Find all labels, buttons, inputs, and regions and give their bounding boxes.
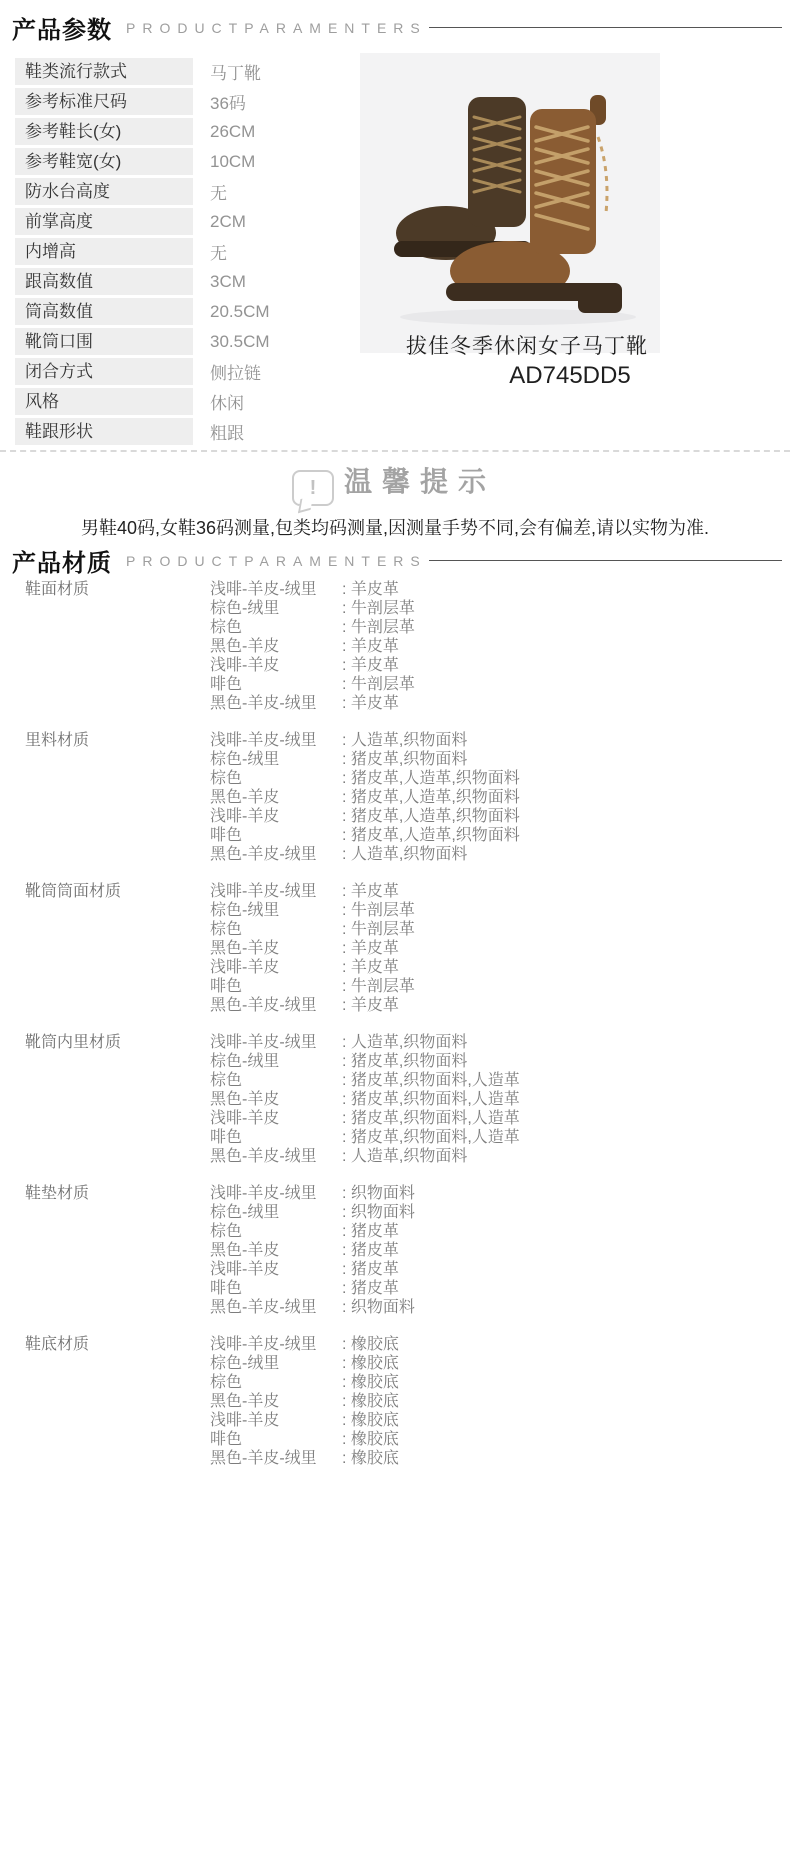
left-boot-dark — [394, 97, 532, 260]
material-variant-key: 棕色-绒里 — [210, 1354, 342, 1373]
material-value: : 猪皮革,织物面料 — [342, 1052, 467, 1071]
material-line: 黑色-羊皮 : 羊皮革 — [210, 939, 775, 958]
material-variant-key: 黑色-羊皮 — [210, 1392, 342, 1411]
material-line: 浅啡-羊皮-绒里 : 人造革,织物面料 — [210, 1033, 775, 1052]
material-block: 鞋垫材质 浅啡-羊皮-绒里 : 织物面料 棕色-绒里 : 织物面料 棕色 : 猪… — [25, 1184, 775, 1317]
header-rule — [429, 27, 782, 28]
material-lines: 浅啡-羊皮-绒里 : 羊皮革 棕色-绒里 : 牛剖层革 棕色 : 牛剖层革 黑色… — [210, 580, 775, 713]
boots-illustration — [370, 81, 650, 331]
material-variant-key: 浅啡-羊皮 — [210, 958, 342, 977]
material-value: : 猪皮革,织物面料,人造革 — [342, 1128, 520, 1147]
material-value: : 羊皮革 — [342, 656, 399, 675]
spec-label: 闭合方式 — [15, 358, 193, 385]
spec-label: 防水台高度 — [15, 178, 193, 205]
material-lines: 浅啡-羊皮-绒里 : 人造革,织物面料 棕色-绒里 : 猪皮革,织物面料 棕色 … — [210, 731, 775, 864]
material-variant-key: 啡色 — [210, 1128, 342, 1147]
spec-value: 3CM — [210, 272, 246, 292]
material-block: 鞋底材质 浅啡-羊皮-绒里 : 橡胶底 棕色-绒里 : 橡胶底 棕色 : 橡胶底… — [25, 1335, 775, 1468]
material-value: : 猪皮革,织物面料,人造革 — [342, 1090, 520, 1109]
material-value: : 橡胶底 — [342, 1373, 399, 1392]
material-variant-key: 浅啡-羊皮 — [210, 1260, 342, 1279]
spec-value: 无 — [210, 179, 227, 204]
material-line: 棕色 : 牛剖层革 — [210, 618, 775, 637]
material-lines: 浅啡-羊皮-绒里 : 人造革,织物面料 棕色-绒里 : 猪皮革,织物面料 棕色 … — [210, 1033, 775, 1166]
material-value: : 牛剖层革 — [342, 920, 415, 939]
material-variant-key: 浅啡-羊皮-绒里 — [210, 1033, 342, 1052]
spec-value: 26CM — [210, 122, 255, 142]
material-line: 黑色-羊皮-绒里 : 橡胶底 — [210, 1449, 775, 1468]
product-image — [360, 53, 660, 353]
material-value: : 人造革,织物面料 — [342, 1033, 467, 1052]
material-variant-key: 黑色-羊皮-绒里 — [210, 1147, 342, 1166]
material-value: : 牛剖层革 — [342, 675, 415, 694]
material-variant-key: 棕色-绒里 — [210, 750, 342, 769]
material-line: 啡色 : 猪皮革,人造革,织物面料 — [210, 826, 775, 845]
material-block: 里料材质 浅啡-羊皮-绒里 : 人造革,织物面料 棕色-绒里 : 猪皮革,织物面… — [25, 731, 775, 864]
material-variant-key: 黑色-羊皮 — [210, 939, 342, 958]
spec-label: 靴筒口围 — [15, 328, 193, 355]
material-value: : 人造革,织物面料 — [342, 731, 467, 750]
material-variant-key: 啡色 — [210, 1430, 342, 1449]
material-line: 啡色 : 猪皮革 — [210, 1279, 775, 1298]
material-line: 黑色-羊皮-绒里 : 羊皮革 — [210, 996, 775, 1015]
spec-label: 筒高数值 — [15, 298, 193, 325]
material-line: 棕色-绒里 : 牛剖层革 — [210, 901, 775, 920]
material-variant-key: 黑色-羊皮 — [210, 788, 342, 807]
material-line: 黑色-羊皮 : 猪皮革,人造革,织物面料 — [210, 788, 775, 807]
material-value: : 猪皮革,织物面料,人造革 — [342, 1109, 520, 1128]
material-value: : 猪皮革,人造革,织物面料 — [342, 807, 520, 826]
product-caption: 拔佳冬季休闲女子马丁靴 — [360, 330, 694, 360]
material-variant-key: 棕色 — [210, 1071, 342, 1090]
material-line: 棕色-绒里 : 猪皮革,织物面料 — [210, 1052, 775, 1071]
spec-value: 休闲 — [210, 389, 244, 414]
material-variant-key: 棕色 — [210, 769, 342, 788]
material-value: : 橡胶底 — [342, 1449, 399, 1468]
material-variant-key: 浅啡-羊皮 — [210, 656, 342, 675]
material-value: : 橡胶底 — [342, 1392, 399, 1411]
spec-value: 2CM — [210, 212, 246, 232]
table-row: 鞋跟形状 粗跟 — [15, 418, 455, 445]
spec-value: 侧拉链 — [210, 359, 261, 384]
material-line: 棕色-绒里 : 猪皮革,织物面料 — [210, 750, 775, 769]
product-code: AD745DD5 — [460, 362, 680, 390]
material-line: 棕色 : 猪皮革 — [210, 1222, 775, 1241]
material-label: 里料材质 — [25, 731, 210, 864]
material-variant-key: 黑色-羊皮-绒里 — [210, 694, 342, 713]
material-variant-key: 黑色-羊皮 — [210, 1090, 342, 1109]
exclamation-bubble-icon: ! — [292, 470, 334, 506]
spec-value: 马丁靴 — [210, 59, 261, 84]
spec-label: 鞋类流行款式 — [15, 58, 193, 85]
material-line: 黑色-羊皮 : 猪皮革 — [210, 1241, 775, 1260]
tips-title: 温馨提示 — [344, 460, 496, 500]
spec-label: 鞋跟形状 — [15, 418, 193, 445]
material-value: : 猪皮革 — [342, 1260, 399, 1279]
material-variant-key: 浅啡-羊皮-绒里 — [210, 580, 342, 599]
section-subtitle-materials: PRODUCTPARAMENTERS — [126, 553, 427, 569]
material-variant-key: 黑色-羊皮-绒里 — [210, 996, 342, 1015]
material-line: 啡色 : 猪皮革,织物面料,人造革 — [210, 1128, 775, 1147]
material-variant-key: 啡色 — [210, 675, 342, 694]
material-variant-key: 棕色-绒里 — [210, 901, 342, 920]
material-lines: 浅啡-羊皮-绒里 : 橡胶底 棕色-绒里 : 橡胶底 棕色 : 橡胶底 黑色-羊… — [210, 1335, 775, 1468]
material-line: 啡色 : 牛剖层革 — [210, 977, 775, 996]
material-line: 黑色-羊皮 : 羊皮革 — [210, 637, 775, 656]
material-line: 黑色-羊皮 : 猪皮革,织物面料,人造革 — [210, 1090, 775, 1109]
material-line: 黑色-羊皮 : 橡胶底 — [210, 1392, 775, 1411]
material-line: 浅啡-羊皮 : 猪皮革 — [210, 1260, 775, 1279]
material-value: : 织物面料 — [342, 1184, 415, 1203]
tips-section: ! 温馨提示 男鞋40码,女鞋36码测量,包类均码测量,因测量手势不同,会有偏差… — [0, 450, 790, 547]
material-value: : 人造革,织物面料 — [342, 1147, 467, 1166]
material-label: 鞋面材质 — [25, 580, 210, 713]
spec-label: 参考鞋宽(女) — [15, 148, 193, 175]
material-variant-key: 棕色 — [210, 618, 342, 637]
material-value: : 猪皮革,织物面料,人造革 — [342, 1071, 520, 1090]
section-title-params: 产品参数 — [12, 10, 112, 45]
material-variant-key: 黑色-羊皮 — [210, 637, 342, 656]
spec-label: 风格 — [15, 388, 193, 415]
spec-value: 无 — [210, 239, 227, 264]
material-line: 浅啡-羊皮-绒里 : 羊皮革 — [210, 580, 775, 599]
material-value: : 猪皮革,人造革,织物面料 — [342, 826, 520, 845]
material-line: 浅啡-羊皮-绒里 : 织物面料 — [210, 1184, 775, 1203]
section-title-materials: 产品材质 — [12, 543, 112, 578]
material-value: : 人造革,织物面料 — [342, 845, 467, 864]
spec-value: 30.5CM — [210, 332, 270, 352]
materials-list: 鞋面材质 浅啡-羊皮-绒里 : 羊皮革 棕色-绒里 : 牛剖层革 棕色 : 牛剖… — [25, 580, 775, 1486]
material-variant-key: 黑色-羊皮 — [210, 1241, 342, 1260]
material-value: : 牛剖层革 — [342, 618, 415, 637]
material-variant-key: 浅啡-羊皮 — [210, 1109, 342, 1128]
material-line: 啡色 : 牛剖层革 — [210, 675, 775, 694]
material-value: : 橡胶底 — [342, 1335, 399, 1354]
spec-label: 参考标准尺码 — [15, 88, 193, 115]
material-block: 靴筒筒面材质 浅啡-羊皮-绒里 : 羊皮革 棕色-绒里 : 牛剖层革 棕色 : … — [25, 882, 775, 1015]
material-value: : 羊皮革 — [342, 580, 399, 599]
material-value: : 猪皮革,人造革,织物面料 — [342, 788, 520, 807]
material-label: 鞋垫材质 — [25, 1184, 210, 1317]
material-label: 靴筒内里材质 — [25, 1033, 210, 1166]
product-detail-page: 产品参数 PRODUCTPARAMENTERS 鞋类流行款式 马丁靴 参考标准尺… — [0, 0, 790, 1870]
material-lines: 浅啡-羊皮-绒里 : 羊皮革 棕色-绒里 : 牛剖层革 棕色 : 牛剖层革 黑色… — [210, 882, 775, 1015]
material-variant-key: 棕色-绒里 — [210, 1203, 342, 1222]
material-variant-key: 棕色 — [210, 920, 342, 939]
table-row: 闭合方式 侧拉链 — [15, 358, 455, 385]
material-block: 鞋面材质 浅啡-羊皮-绒里 : 羊皮革 棕色-绒里 : 牛剖层革 棕色 : 牛剖… — [25, 580, 775, 713]
table-row: 风格 休闲 — [15, 388, 455, 415]
tips-note: 男鞋40码,女鞋36码测量,包类均码测量,因测量手势不同,会有偏差,请以实物为准… — [0, 514, 790, 540]
material-value: : 羊皮革 — [342, 637, 399, 656]
spec-value: 10CM — [210, 152, 255, 172]
material-value: : 橡胶底 — [342, 1354, 399, 1373]
material-line: 浅啡-羊皮 : 羊皮革 — [210, 656, 775, 675]
material-line: 啡色 : 橡胶底 — [210, 1430, 775, 1449]
material-variant-key: 棕色-绒里 — [210, 599, 342, 618]
material-value: : 织物面料 — [342, 1298, 415, 1317]
material-value: : 羊皮革 — [342, 939, 399, 958]
material-line: 浅啡-羊皮 : 猪皮革,织物面料,人造革 — [210, 1109, 775, 1128]
material-variant-key: 棕色 — [210, 1222, 342, 1241]
material-line: 棕色 : 猪皮革,人造革,织物面料 — [210, 769, 775, 788]
material-value: : 羊皮革 — [342, 996, 399, 1015]
spec-label: 内增高 — [15, 238, 193, 265]
material-value: : 牛剖层革 — [342, 901, 415, 920]
material-variant-key: 棕色 — [210, 1373, 342, 1392]
material-variant-key: 浅啡-羊皮-绒里 — [210, 1335, 342, 1354]
material-value: : 牛剖层革 — [342, 599, 415, 618]
material-value: : 猪皮革,织物面料 — [342, 750, 467, 769]
material-value: : 羊皮革 — [342, 694, 399, 713]
material-label: 靴筒筒面材质 — [25, 882, 210, 1015]
material-line: 黑色-羊皮-绒里 : 羊皮革 — [210, 694, 775, 713]
material-line: 棕色 : 牛剖层革 — [210, 920, 775, 939]
spec-value: 粗跟 — [210, 419, 244, 444]
spec-label: 前掌高度 — [15, 208, 193, 235]
header-rule — [429, 560, 782, 561]
material-variant-key: 黑色-羊皮-绒里 — [210, 1298, 342, 1317]
material-value: : 橡胶底 — [342, 1430, 399, 1449]
material-line: 黑色-羊皮-绒里 : 人造革,织物面料 — [210, 1147, 775, 1166]
material-line: 棕色 : 猪皮革,织物面料,人造革 — [210, 1071, 775, 1090]
material-line: 黑色-羊皮-绒里 : 织物面料 — [210, 1298, 775, 1317]
material-line: 黑色-羊皮-绒里 : 人造革,织物面料 — [210, 845, 775, 864]
material-line: 浅啡-羊皮-绒里 : 橡胶底 — [210, 1335, 775, 1354]
material-variant-key: 黑色-羊皮-绒里 — [210, 1449, 342, 1468]
spec-label: 跟高数值 — [15, 268, 193, 295]
material-line: 浅啡-羊皮-绒里 : 人造革,织物面料 — [210, 731, 775, 750]
material-variant-key: 棕色-绒里 — [210, 1052, 342, 1071]
material-value: : 猪皮革 — [342, 1222, 399, 1241]
material-line: 棕色-绒里 : 织物面料 — [210, 1203, 775, 1222]
material-block: 靴筒内里材质 浅啡-羊皮-绒里 : 人造革,织物面料 棕色-绒里 : 猪皮革,织… — [25, 1033, 775, 1166]
material-line: 棕色-绒里 : 橡胶底 — [210, 1354, 775, 1373]
material-value: : 织物面料 — [342, 1203, 415, 1222]
material-line: 浅啡-羊皮 : 橡胶底 — [210, 1411, 775, 1430]
material-variant-key: 啡色 — [210, 826, 342, 845]
material-variant-key: 浅啡-羊皮-绒里 — [210, 1184, 342, 1203]
material-variant-key: 浅啡-羊皮 — [210, 807, 342, 826]
material-value: : 猪皮革 — [342, 1279, 399, 1298]
material-variant-key: 浅啡-羊皮-绒里 — [210, 882, 342, 901]
material-line: 浅啡-羊皮 : 猪皮革,人造革,织物面料 — [210, 807, 775, 826]
material-value: : 猪皮革 — [342, 1241, 399, 1260]
section-subtitle-params: PRODUCTPARAMENTERS — [126, 20, 427, 36]
material-variant-key: 啡色 — [210, 977, 342, 996]
material-line: 棕色-绒里 : 牛剖层革 — [210, 599, 775, 618]
material-variant-key: 浅啡-羊皮 — [210, 1411, 342, 1430]
section-header-params: 产品参数 PRODUCTPARAMENTERS — [12, 10, 782, 45]
spec-value: 36码 — [210, 89, 246, 114]
material-line: 浅啡-羊皮-绒里 : 羊皮革 — [210, 882, 775, 901]
material-variant-key: 黑色-羊皮-绒里 — [210, 845, 342, 864]
material-line: 棕色 : 橡胶底 — [210, 1373, 775, 1392]
material-value: : 羊皮革 — [342, 882, 399, 901]
section-header-materials: 产品材质 PRODUCTPARAMENTERS — [12, 543, 782, 578]
material-variant-key: 啡色 — [210, 1279, 342, 1298]
material-variant-key: 浅啡-羊皮-绒里 — [210, 731, 342, 750]
material-label: 鞋底材质 — [25, 1335, 210, 1468]
material-value: : 牛剖层革 — [342, 977, 415, 996]
material-value: : 羊皮革 — [342, 958, 399, 977]
spec-value: 20.5CM — [210, 302, 270, 322]
material-value: : 猪皮革,人造革,织物面料 — [342, 769, 520, 788]
spec-label: 参考鞋长(女) — [15, 118, 193, 145]
material-value: : 橡胶底 — [342, 1411, 399, 1430]
material-lines: 浅啡-羊皮-绒里 : 织物面料 棕色-绒里 : 织物面料 棕色 : 猪皮革 黑色… — [210, 1184, 775, 1317]
material-line: 浅啡-羊皮 : 羊皮革 — [210, 958, 775, 977]
